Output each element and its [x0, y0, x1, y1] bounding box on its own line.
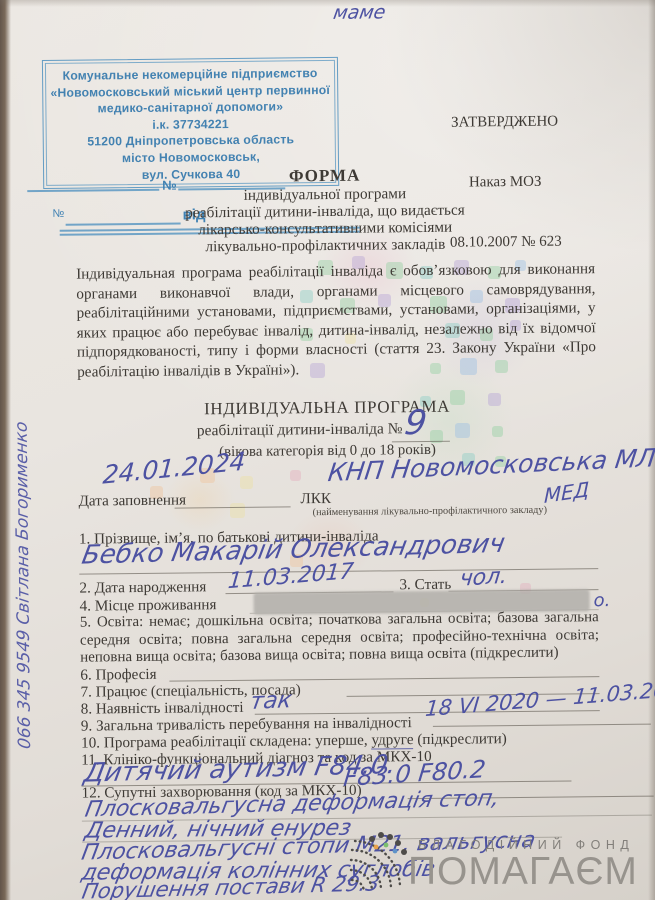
program-heading-title: ІНДИВІДУАЛЬНА ПРОГРАМА — [0, 395, 655, 422]
stamp-line: 51200 Дніпропетровська область — [48, 131, 334, 151]
handwritten-disability-presence: так — [248, 687, 294, 715]
stamp-line: медико-санітарної допомоги» — [47, 98, 333, 118]
stamp-line: і.к. 37734221 — [48, 115, 334, 135]
intro-paragraph: Індивідуальная програма реабілітації інв… — [76, 259, 596, 382]
handwritten-margin-phone-note: 066 345 9549 Світлана Богорименко — [10, 304, 36, 867]
field-9-blank — [433, 724, 651, 727]
handwritten-lkk-extra: МЕД — [544, 477, 590, 508]
lkk-label: ЛКК — [300, 490, 331, 508]
lkk-caption: (найменування лікувально-профілактичного… — [313, 505, 547, 518]
handwritten-disability-period: 18 VI 2020 — 11.03.2035 — [424, 675, 655, 721]
fill-date-label: Дата заповнення — [78, 491, 186, 510]
field-10-post: (підкреслити) — [413, 730, 506, 748]
field-5-label: 5. Освіта: немає; дошкільна освіта; поча… — [80, 609, 600, 667]
field-6-label: 6. Професія — [80, 666, 156, 685]
handwritten-top-note: маме — [332, 1, 388, 24]
program-heading-subtitle: реабілітації дитини-інваліда № — [197, 420, 403, 440]
approval-title: ЗАТВЕРДЖЕНО — [404, 111, 604, 133]
scanned-document-photo: маме Комунальне некомерційне підприємств… — [0, 0, 655, 900]
handwritten-program-number: 9 — [402, 403, 429, 443]
stamp-line: «Новомосковський міський центр первинної — [47, 82, 333, 102]
form-sheet: маме Комунальне некомерційне підприємств… — [0, 0, 655, 900]
stamp-line: місто Новомосковськ, — [48, 148, 334, 168]
stamp-line: Комунальне некомерційне підприємство — [47, 65, 333, 85]
field-2-label: 2. Дата народження — [79, 578, 206, 597]
fill-date-blank — [175, 506, 291, 508]
handwritten-address-tail: о. — [593, 590, 610, 611]
handwritten-sex: чол. — [458, 564, 508, 592]
field-10-underlined-choice: удруге — [371, 731, 413, 749]
